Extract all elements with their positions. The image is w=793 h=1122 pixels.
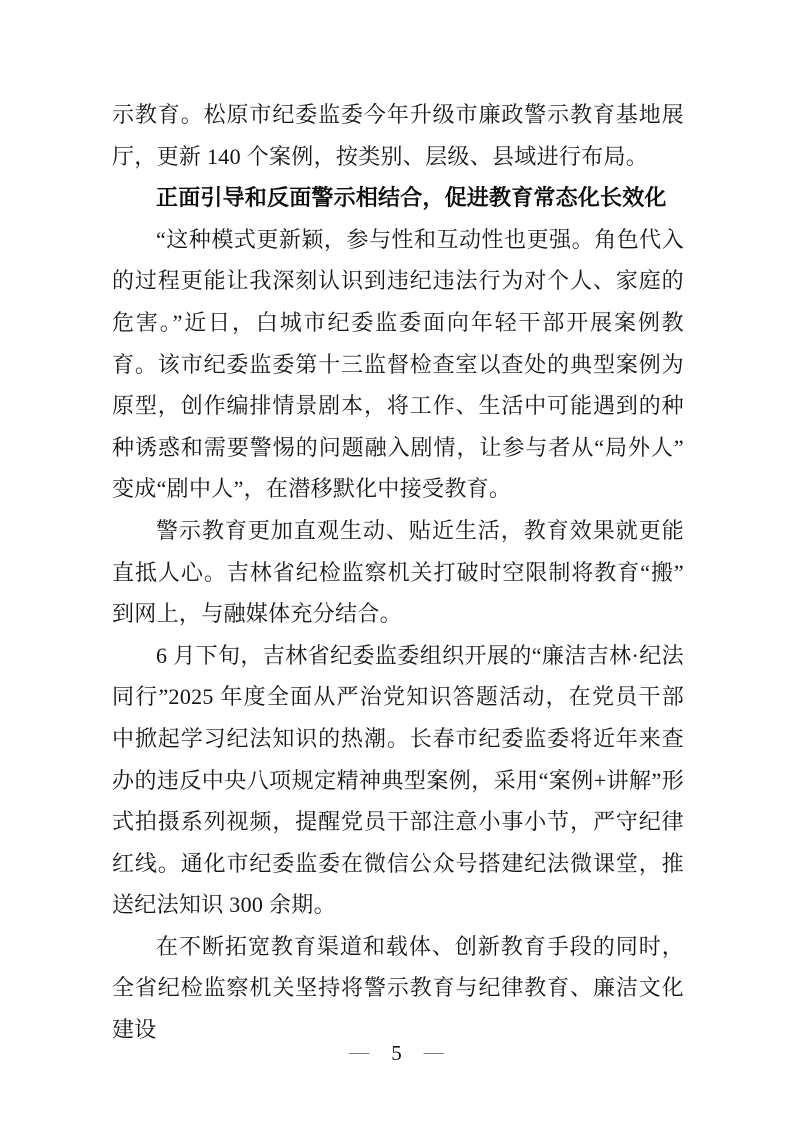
paragraph: 警示教育更加直观生动、贴近生活，教育效果就更能直抵人心。吉林省纪检监察机关打破时…: [112, 510, 684, 635]
footer-dash-left: —: [349, 1041, 369, 1063]
page-footer: —5—: [0, 1041, 793, 1066]
paragraph: 在不断拓宽教育渠道和载体、创新教育手段的同时，全省纪检监察机关坚持将警示教育与纪…: [112, 926, 684, 1051]
paragraph-continuation: 示教育。松原市纪委监委今年升级市廉政警示教育基地展厅，更新 140 个案例，按类…: [112, 94, 684, 177]
document-page: 示教育。松原市纪委监委今年升级市廉政警示教育基地展厅，更新 140 个案例，按类…: [0, 0, 793, 1122]
page-number: 5: [391, 1041, 402, 1066]
paragraph: “这种模式更新颖，参与性和互动性也更强。角色代入的过程更能让我深刻认识到违纪违法…: [112, 219, 684, 510]
section-heading: 正面引导和反面警示相结合，促进教育常态化长效化: [112, 177, 684, 219]
paragraph: 6 月下旬，吉林省纪委监委组织开展的“廉洁吉林·纪法同行”2025 年度全面从严…: [112, 635, 684, 926]
document-body: 示教育。松原市纪委监委今年升级市廉政警示教育基地展厅，更新 140 个案例，按类…: [112, 94, 684, 1051]
footer-dash-right: —: [424, 1041, 444, 1063]
